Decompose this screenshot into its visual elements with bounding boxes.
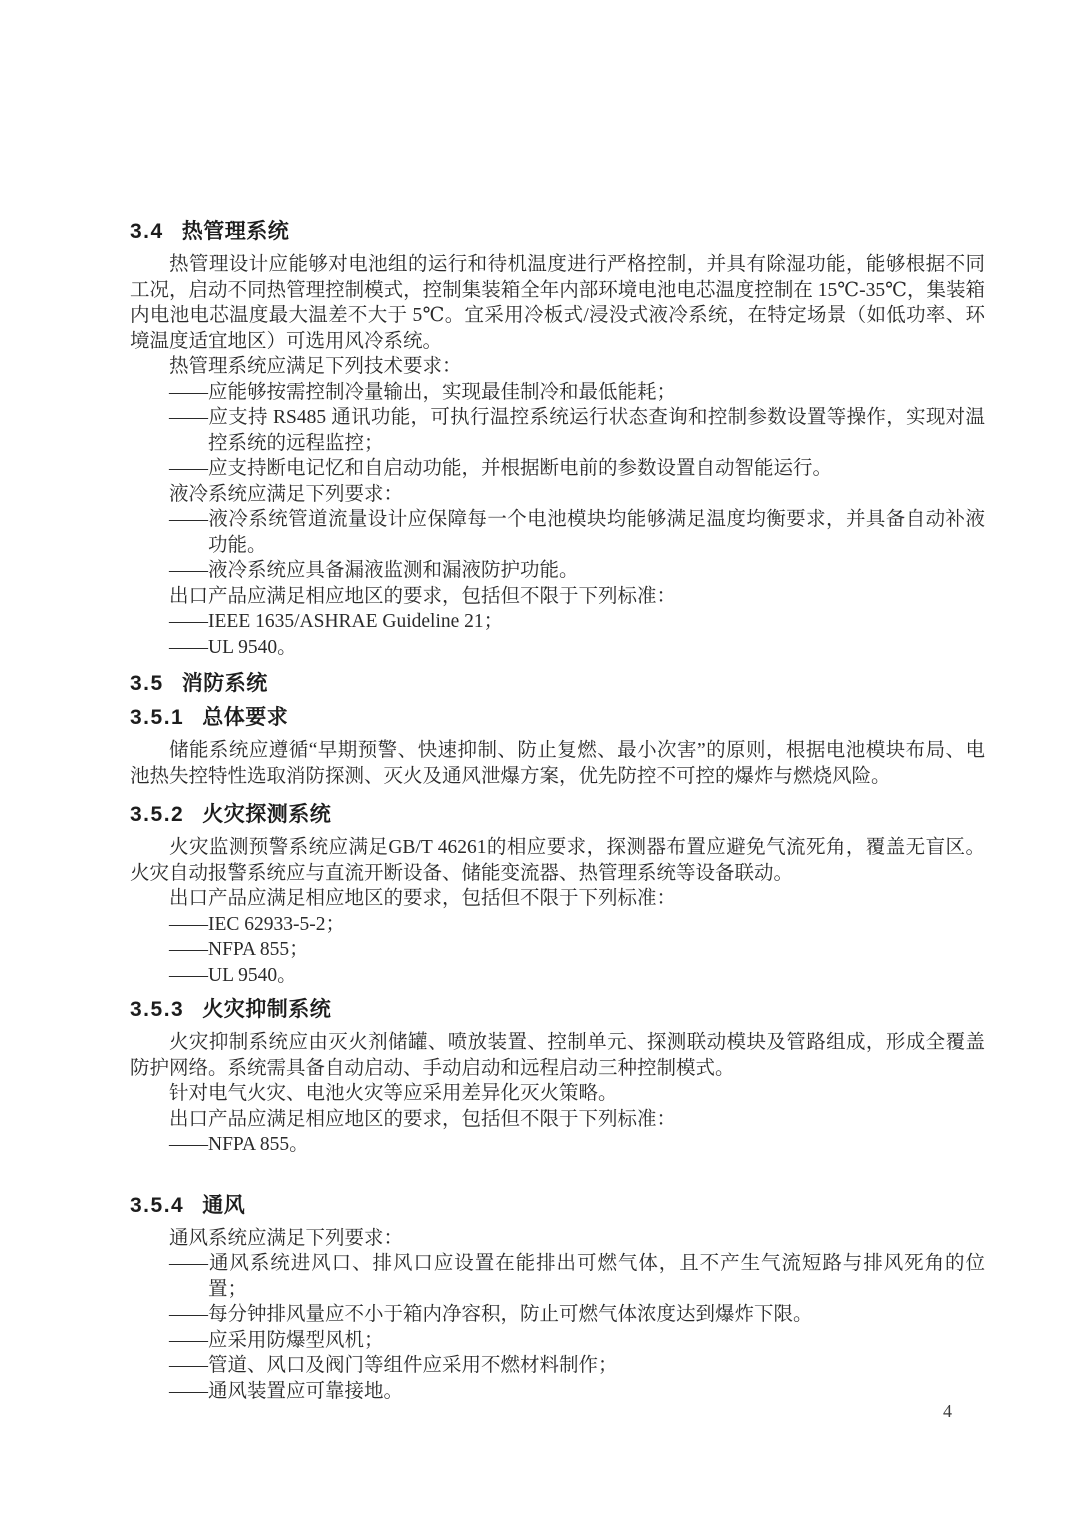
section-number: 3.5.3 <box>130 998 184 1021</box>
section-body-3-5-4: 通风系统应满足下列要求：——通风系统进风口、排风口应设置在能排出可燃气体，且不产… <box>130 1226 985 1405</box>
section-title: 通风 <box>202 1194 245 1217</box>
dash-list-item: ——每分钟排风量应不小于箱内净容积，防止可燃气体浓度达到爆炸下限。 <box>169 1302 985 1328</box>
section-heading-3-5: 3.5消防系统 <box>130 668 985 700</box>
page-number: 4 <box>943 1400 952 1422</box>
section-3-5-3: 3.5.3火灾抑制系统火灾抑制系统应由灭火剂储罐、喷放装置、控制单元、探测联动模… <box>130 994 985 1158</box>
paragraph: 通风系统应满足下列要求： <box>130 1226 985 1252</box>
dash-list-item: ——管道、风口及阀门等组件应采用不燃材料制作； <box>169 1353 985 1379</box>
paragraph: 热管理系统应满足下列技术要求： <box>130 354 985 380</box>
paragraph: 储能系统应遵循“早期预警、快速抑制、防止复燃、最小次害”的原则，根据电池模块布局… <box>130 738 985 789</box>
section-title: 总体要求 <box>202 706 288 729</box>
section-number: 3.5.1 <box>130 706 184 729</box>
section-title: 消防系统 <box>182 672 268 695</box>
dash-list-item: ——UL 9540。 <box>169 963 985 989</box>
section-3-5-2: 3.5.2火灾探测系统火灾监测预警系统应满足GB/T 46261的相应要求，探测… <box>130 799 985 988</box>
section-title: 火灾抑制系统 <box>202 998 331 1021</box>
dash-list-item: ——液冷系统应具备漏液监测和漏液防护功能。 <box>169 558 985 584</box>
section-3-5-4: 3.5.4通风通风系统应满足下列要求：——通风系统进风口、排风口应设置在能排出可… <box>130 1190 985 1405</box>
dash-list-item: ——液冷系统管道流量设计应保障每一个电池模块均能够满足温度均衡要求，并具备自动补… <box>169 507 985 558</box>
section-body-3-5-2: 火灾监测预警系统应满足GB/T 46261的相应要求，探测器布置应避免气流死角，… <box>130 835 985 988</box>
paragraph: 热管理设计应能够对电池组的运行和待机温度进行严格控制，并具有除湿功能，能够根据不… <box>130 252 985 354</box>
section-heading-3-5-4: 3.5.4通风 <box>130 1190 985 1222</box>
section-3-5: 3.5消防系统 <box>130 668 985 700</box>
paragraph: 火灾监测预警系统应满足GB/T 46261的相应要求，探测器布置应避免气流死角，… <box>130 835 985 886</box>
section-heading-3-4: 3.4热管理系统 <box>130 216 985 248</box>
section-number: 3.5.2 <box>130 803 184 826</box>
dash-list-item: ——NFPA 855。 <box>169 1132 985 1158</box>
section-number: 3.5 <box>130 672 164 695</box>
dash-list-item: ——UL 9540。 <box>169 635 985 661</box>
section-body-3-4: 热管理设计应能够对电池组的运行和待机温度进行严格控制，并具有除湿功能，能够根据不… <box>130 252 985 660</box>
section-number: 3.4 <box>130 220 164 243</box>
paragraph: 出口产品应满足相应地区的要求，包括但不限于下列标准： <box>130 886 985 912</box>
section-title: 热管理系统 <box>182 220 290 243</box>
section-3-4: 3.4热管理系统热管理设计应能够对电池组的运行和待机温度进行严格控制，并具有除湿… <box>130 216 985 660</box>
paragraph: 液冷系统应满足下列要求： <box>130 482 985 508</box>
document-content: 3.4热管理系统热管理设计应能够对电池组的运行和待机温度进行严格控制，并具有除湿… <box>0 0 1080 1404</box>
paragraph: 出口产品应满足相应地区的要求，包括但不限于下列标准： <box>130 584 985 610</box>
section-title: 火灾探测系统 <box>202 803 331 826</box>
section-heading-3-5-1: 3.5.1总体要求 <box>130 702 985 734</box>
dash-list-item: ——应采用防爆型风机； <box>169 1328 985 1354</box>
dash-list-item: ——应能够按需控制冷量输出，实现最佳制冷和最低能耗； <box>169 380 985 406</box>
dash-list-item: ——通风系统进风口、排风口应设置在能排出可燃气体，且不产生气流短路与排风死角的位… <box>169 1251 985 1302</box>
section-heading-3-5-2: 3.5.2火灾探测系统 <box>130 799 985 831</box>
section-heading-3-5-3: 3.5.3火灾抑制系统 <box>130 994 985 1026</box>
dash-list-item: ——通风装置应可靠接地。 <box>169 1379 985 1405</box>
document-page: 3.4热管理系统热管理设计应能够对电池组的运行和待机温度进行严格控制，并具有除湿… <box>0 0 1080 1527</box>
dash-list-item: ——应支持 RS485 通讯功能，可执行温控系统运行状态查询和控制参数设置等操作… <box>169 405 985 456</box>
paragraph: 火灾抑制系统应由灭火剂储罐、喷放装置、控制单元、探测联动模块及管路组成，形成全覆… <box>130 1030 985 1081</box>
section-number: 3.5.4 <box>130 1194 184 1217</box>
dash-list-item: ——应支持断电记忆和自启动功能，并根据断电前的参数设置自动智能运行。 <box>169 456 985 482</box>
dash-list-item: ——IEC 62933-5-2； <box>169 912 985 938</box>
paragraph: 针对电气火灾、电池火灾等应采用差异化灭火策略。 <box>130 1081 985 1107</box>
dash-list-item: ——IEEE 1635/ASHRAE Guideline 21； <box>169 609 985 635</box>
dash-list-item: ——NFPA 855； <box>169 937 985 963</box>
section-3-5-1: 3.5.1总体要求储能系统应遵循“早期预警、快速抑制、防止复燃、最小次害”的原则… <box>130 702 985 789</box>
paragraph: 出口产品应满足相应地区的要求，包括但不限于下列标准： <box>130 1107 985 1133</box>
section-body-3-5-3: 火灾抑制系统应由灭火剂储罐、喷放装置、控制单元、探测联动模块及管路组成，形成全覆… <box>130 1030 985 1158</box>
section-body-3-5-1: 储能系统应遵循“早期预警、快速抑制、防止复燃、最小次害”的原则，根据电池模块布局… <box>130 738 985 789</box>
